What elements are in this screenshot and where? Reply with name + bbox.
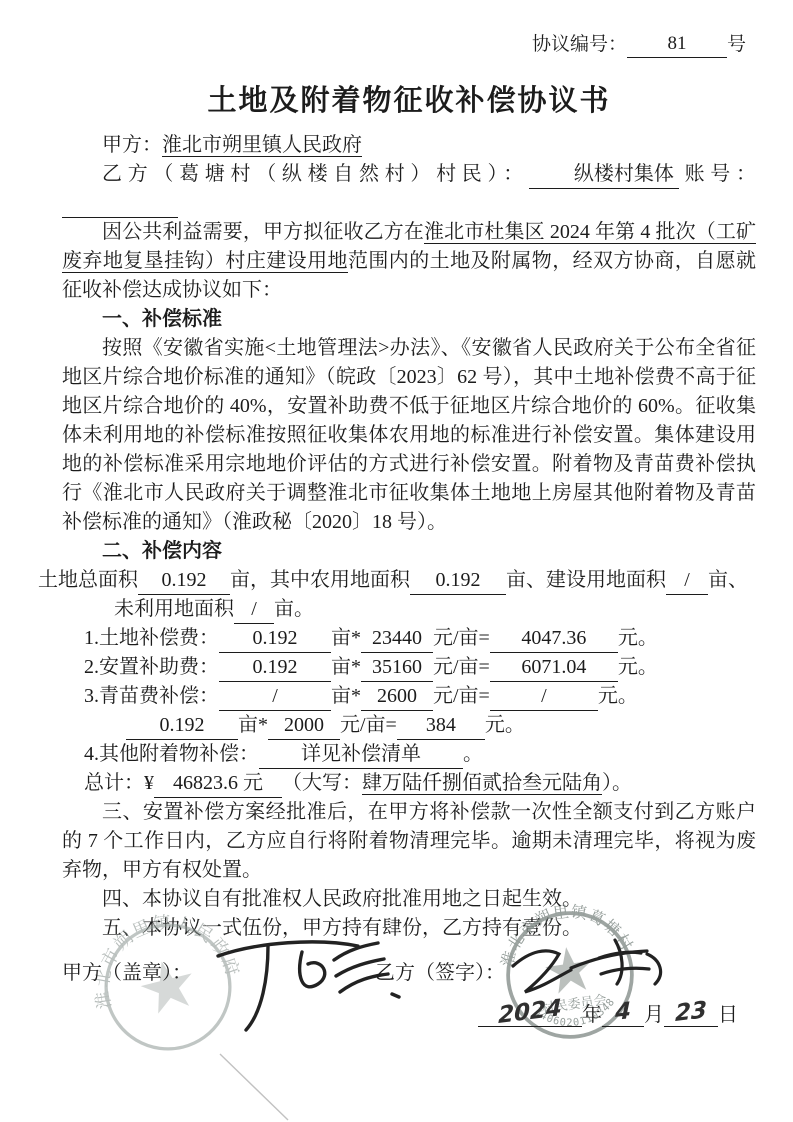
item-crop-compensation: 3.青苗费补偿：/亩*2600元/亩=/元。 [84,682,756,711]
item-other-attachments: 4.其他附着物补偿：详见补偿清单。 [84,740,756,769]
item3-area-blank: / [219,683,331,711]
handwritten-year: 2024 [498,995,562,1030]
party-a-sign-label: 甲方（盖章）： [62,956,192,985]
item1-area-blank: 0.192 [219,625,331,653]
section2-heading: 二、补偿内容 [62,537,756,566]
section3-body: 三、安置补偿方案经批准后，在甲方将补偿款一次性全额支付到乙方账户的 7 个工作日… [62,798,756,885]
preamble: 因公共利益需要，甲方拟征收乙方在淮北市杜集区 2024 年第 4 批次（工矿废弃… [62,218,756,305]
date-line: 2024年4月23日 [478,998,738,1027]
item2-area-blank: 0.192 [219,654,331,682]
construction-area-blank: / [666,567,708,595]
total-area-blank: 0.192 [138,567,230,595]
item4-value-blank: 详见补偿清单 [259,741,463,769]
year-blank: 2024 [478,999,582,1027]
item3b-rate-blank: 2000 [268,712,340,740]
document-page: 协议编号：81号 土地及附着物征收补偿协议书 甲方：淮北市朔里镇人民政府 乙方（… [0,0,793,1122]
signing-area: 淮北市朔里镇人民政府 淮北市朔里镇葛塘村 村民委员会 [0,898,793,1122]
section1-body: 按照《安徽省实施<土地管理法>办法》、《安徽省人民政府关于公布全省征地区片综合地… [62,334,756,537]
item3b-area-blank: 0.192 [126,712,238,740]
party-a-label: 甲方： [102,134,162,156]
section1-heading: 一、补偿标准 [62,305,756,334]
unused-area-line: 未利用地面积/亩。 [114,595,756,624]
total-line: 总计：¥46823.6 元（大写：肆万陆仟捌佰贰拾叁元陆角）。 [84,769,756,798]
total-amount-caps: 肆万陆仟捌佰贰拾叁元陆角 [362,772,602,795]
day-blank: 23 [664,999,718,1027]
party-b-label: 乙方（葛塘村（纵楼自然村）村民）： [102,163,529,185]
agreement-number-unit: 号 [727,34,746,55]
item-crop-compensation-row2: 0.192亩*2000元/亩=384元。 [126,711,756,740]
account-label: 账号： [679,163,756,185]
party-a-line: 甲方：淮北市朔里镇人民政府 [62,131,756,160]
stray-pen-mark [210,1048,300,1122]
land-area-line: 土地总面积0.192亩，其中农用地面积0.192亩、建设用地面积/亩、 [38,566,756,595]
item-resettlement-subsidy: 2.安置补助费：0.192亩*35160元/亩=6071.04元。 [84,653,756,682]
item2-amount-blank: 6071.04 [490,654,618,682]
item2-rate-blank: 35160 [361,654,433,682]
unused-area-blank: / [234,596,274,624]
page-title: 土地及附着物征收补偿协议书 [62,78,756,119]
farm-area-blank: 0.192 [410,567,506,595]
document-content: 协议编号：81号 土地及附着物征收补偿协议书 甲方：淮北市朔里镇人民政府 乙方（… [62,30,756,943]
agreement-number-line: 协议编号：81号 [62,30,756,58]
item3-amount-blank: / [490,683,598,711]
item-land-compensation: 1.土地补偿费：0.192亩*23440元/亩=4047.36元。 [84,624,756,653]
handwritten-day: 23 [675,997,707,1028]
handwritten-month: 4 [615,998,631,1027]
agreement-number-label: 协议编号： [532,34,627,55]
party-b-sign-label: 乙方（签字）： [375,956,505,985]
item1-rate-blank: 23440 [361,625,433,653]
party-a-value: 淮北市朔里镇人民政府 [162,134,362,157]
agreement-number-blank: 81 [627,30,727,58]
month-blank: 4 [602,999,644,1027]
account-blank [62,190,178,218]
party-b-value-blank: 纵楼村集体 [529,161,679,189]
item1-amount-blank: 4047.36 [490,625,618,653]
item3b-amount-blank: 384 [397,712,485,740]
total-amount-blank: 46823.6 元 [154,770,282,798]
item3-rate-blank: 2600 [361,683,433,711]
party-b-line: 乙方（葛塘村（纵楼自然村）村民）：纵楼村集体账号： [62,160,756,218]
